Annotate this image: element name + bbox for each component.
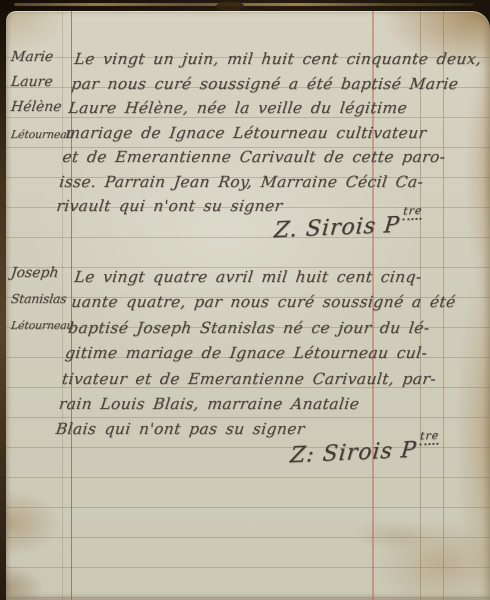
handwritten-line: tivateur et de Emerantienne Carivault, p… [60,367,473,392]
signature-superscript: tre [419,428,440,445]
register-photo: Marie Laure Hélène Létourneau Le vingt u… [0,0,490,600]
margin-name: Stanislas [10,291,72,306]
margin-name: Létourneau [10,319,72,332]
handwritten-line: Le vingt quatre avril mil huit cent cinq… [73,265,486,290]
priest-signature: Z: Sirois Ptre [289,437,439,469]
signature-text: Z: Sirois P [289,438,418,469]
register-page: Marie Laure Hélène Létourneau Le vingt u… [6,11,490,600]
handwritten-line: baptisé Joseph Stanislas né ce jour du l… [67,316,480,341]
handwritten-line: uante quatre, par nous curé soussigné a … [70,290,483,315]
entry-body: Le vingt quatre avril mil huit cent cinq… [54,265,486,443]
gilt-book-edge [14,3,474,6]
edge-stain [216,1,244,11]
handwritten-line: gitime mariage de Ignace Létourneau cul- [64,341,477,366]
margin-name: Joseph [10,265,72,281]
baptism-entry-2: Joseph Stanislas Létourneau Le vingt qua… [6,11,490,600]
handwritten-line: rain Louis Blais, marraine Anatalie [57,392,470,417]
